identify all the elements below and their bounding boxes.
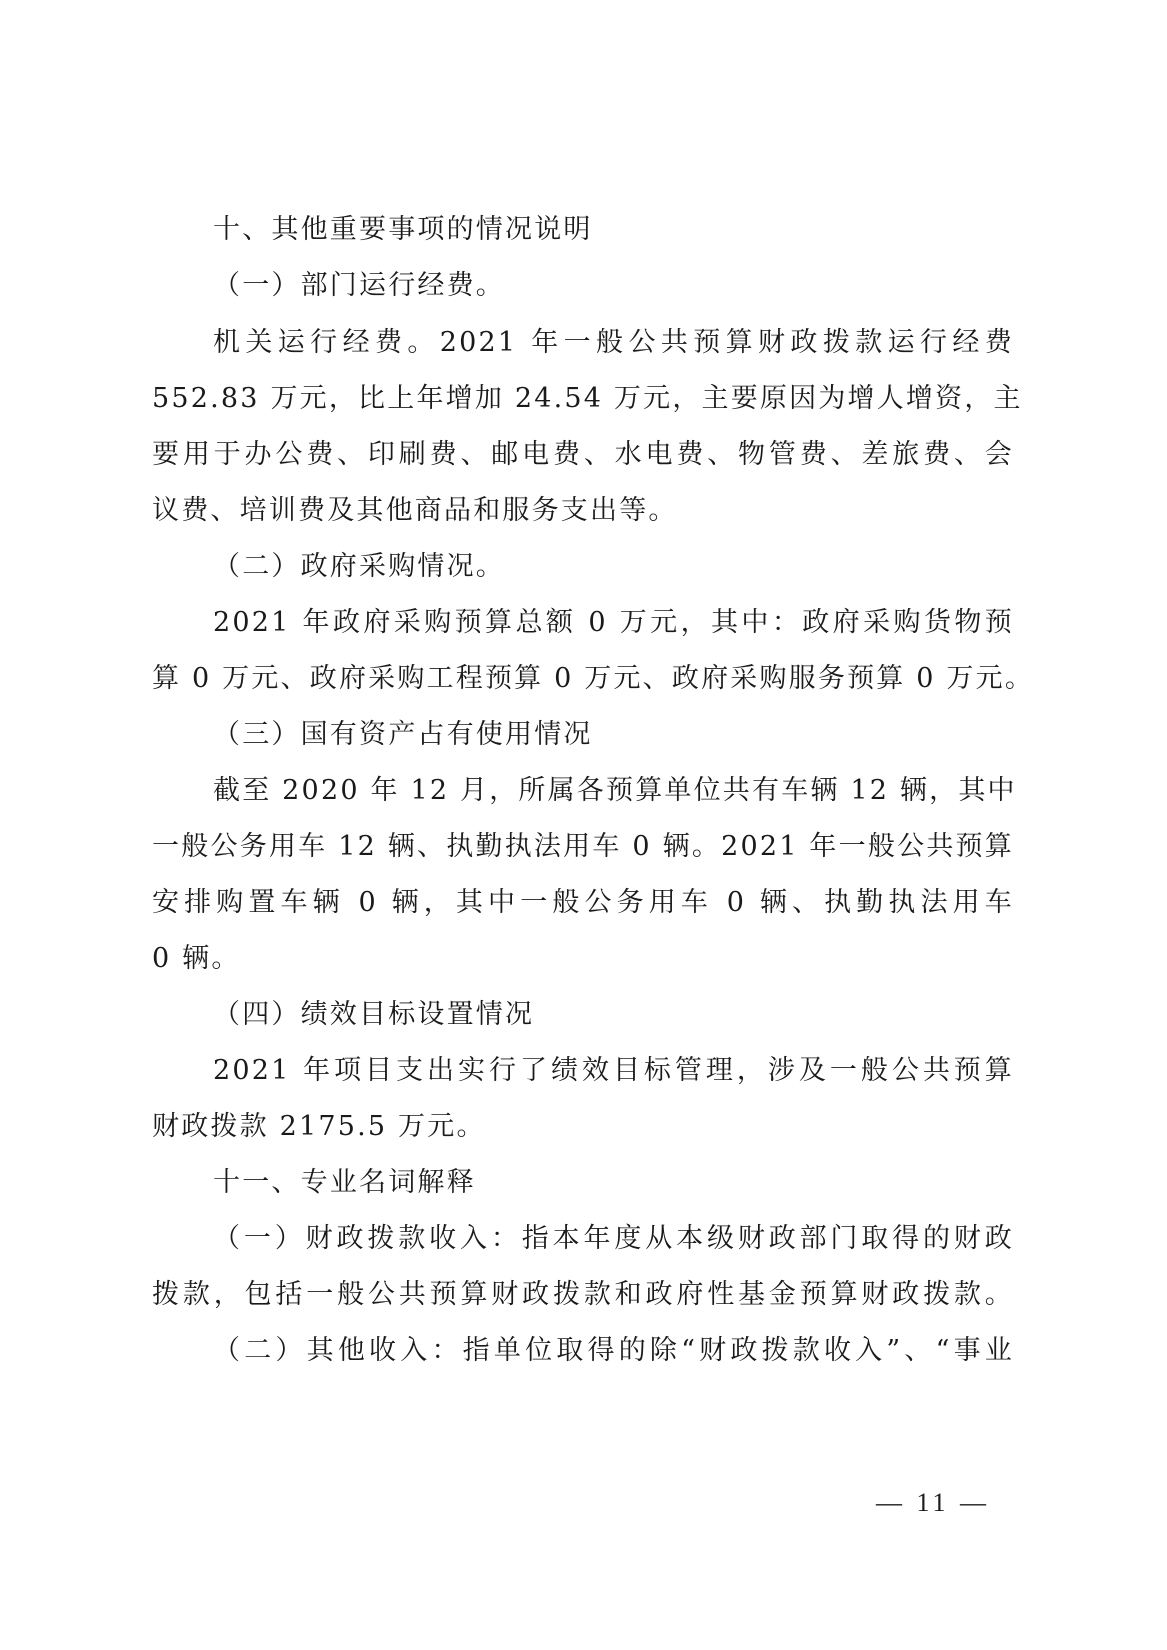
subsection-title-performance-goals: （四）绩效目标设置情况 <box>213 998 1075 1032</box>
subsection-title-operating-costs: （一）部门运行经费。 <box>213 269 1075 303</box>
paragraph-line: 一般公务用车 12 辆、执勤执法用车 0 辆。2021 年一般公共预算 <box>152 830 1014 864</box>
paragraph-line: 截至 2020 年 12 月，所属各预算单位共有车辆 12 辆，其中 <box>213 774 1014 808</box>
subsection-title-procurement: （二）政府采购情况。 <box>213 550 1075 584</box>
paragraph-line: 算 0 万元、政府采购工程预算 0 万元、政府采购服务预算 0 万元。 <box>152 662 1014 696</box>
paragraph-line: 0 辆。 <box>152 942 1014 976</box>
page-number: — 11 — <box>876 1488 990 1518</box>
paragraph-line: 拨款，包括一般公共预算财政拨款和政府性基金预算财政拨款。 <box>152 1278 1014 1312</box>
paragraph-line: 2021 年项目支出实行了绩效目标管理，涉及一般公共预算 <box>213 1054 1014 1088</box>
paragraph-line: 财政拨款 2175.5 万元。 <box>152 1110 1014 1144</box>
paragraph-line: 安排购置车辆 0 辆，其中一般公务用车 0 辆、执勤执法用车 <box>152 886 1014 920</box>
paragraph-line: 2021 年政府采购预算总额 0 万元，其中：政府采购货物预 <box>213 606 1014 640</box>
subsection-title-state-assets: （三）国有资产占有使用情况 <box>213 718 1075 752</box>
paragraph-line: 552.83 万元，比上年增加 24.54 万元，主要原因为增人增资，主 <box>152 382 1014 416</box>
section-heading-11: 十一、专业名词解释 <box>213 1166 1075 1200</box>
document-page: 十、其他重要事项的情况说明 （一）部门运行经费。 机关运行经费。2021 年一般… <box>0 0 1167 1650</box>
section-heading-10: 十、其他重要事项的情况说明 <box>213 213 1075 247</box>
paragraph-line: 机关运行经费。2021 年一般公共预算财政拨款运行经费 <box>213 326 1014 360</box>
paragraph-line: （二）其他收入：指单位取得的除“财政拨款收入”、“事业 <box>213 1334 1014 1368</box>
paragraph-line: 要用于办公费、印刷费、邮电费、水电费、物管费、差旅费、会 <box>152 438 1014 472</box>
paragraph-line: 议费、培训费及其他商品和服务支出等。 <box>152 494 1014 528</box>
paragraph-line: （一）财政拨款收入：指本年度从本级财政部门取得的财政 <box>213 1222 1014 1256</box>
